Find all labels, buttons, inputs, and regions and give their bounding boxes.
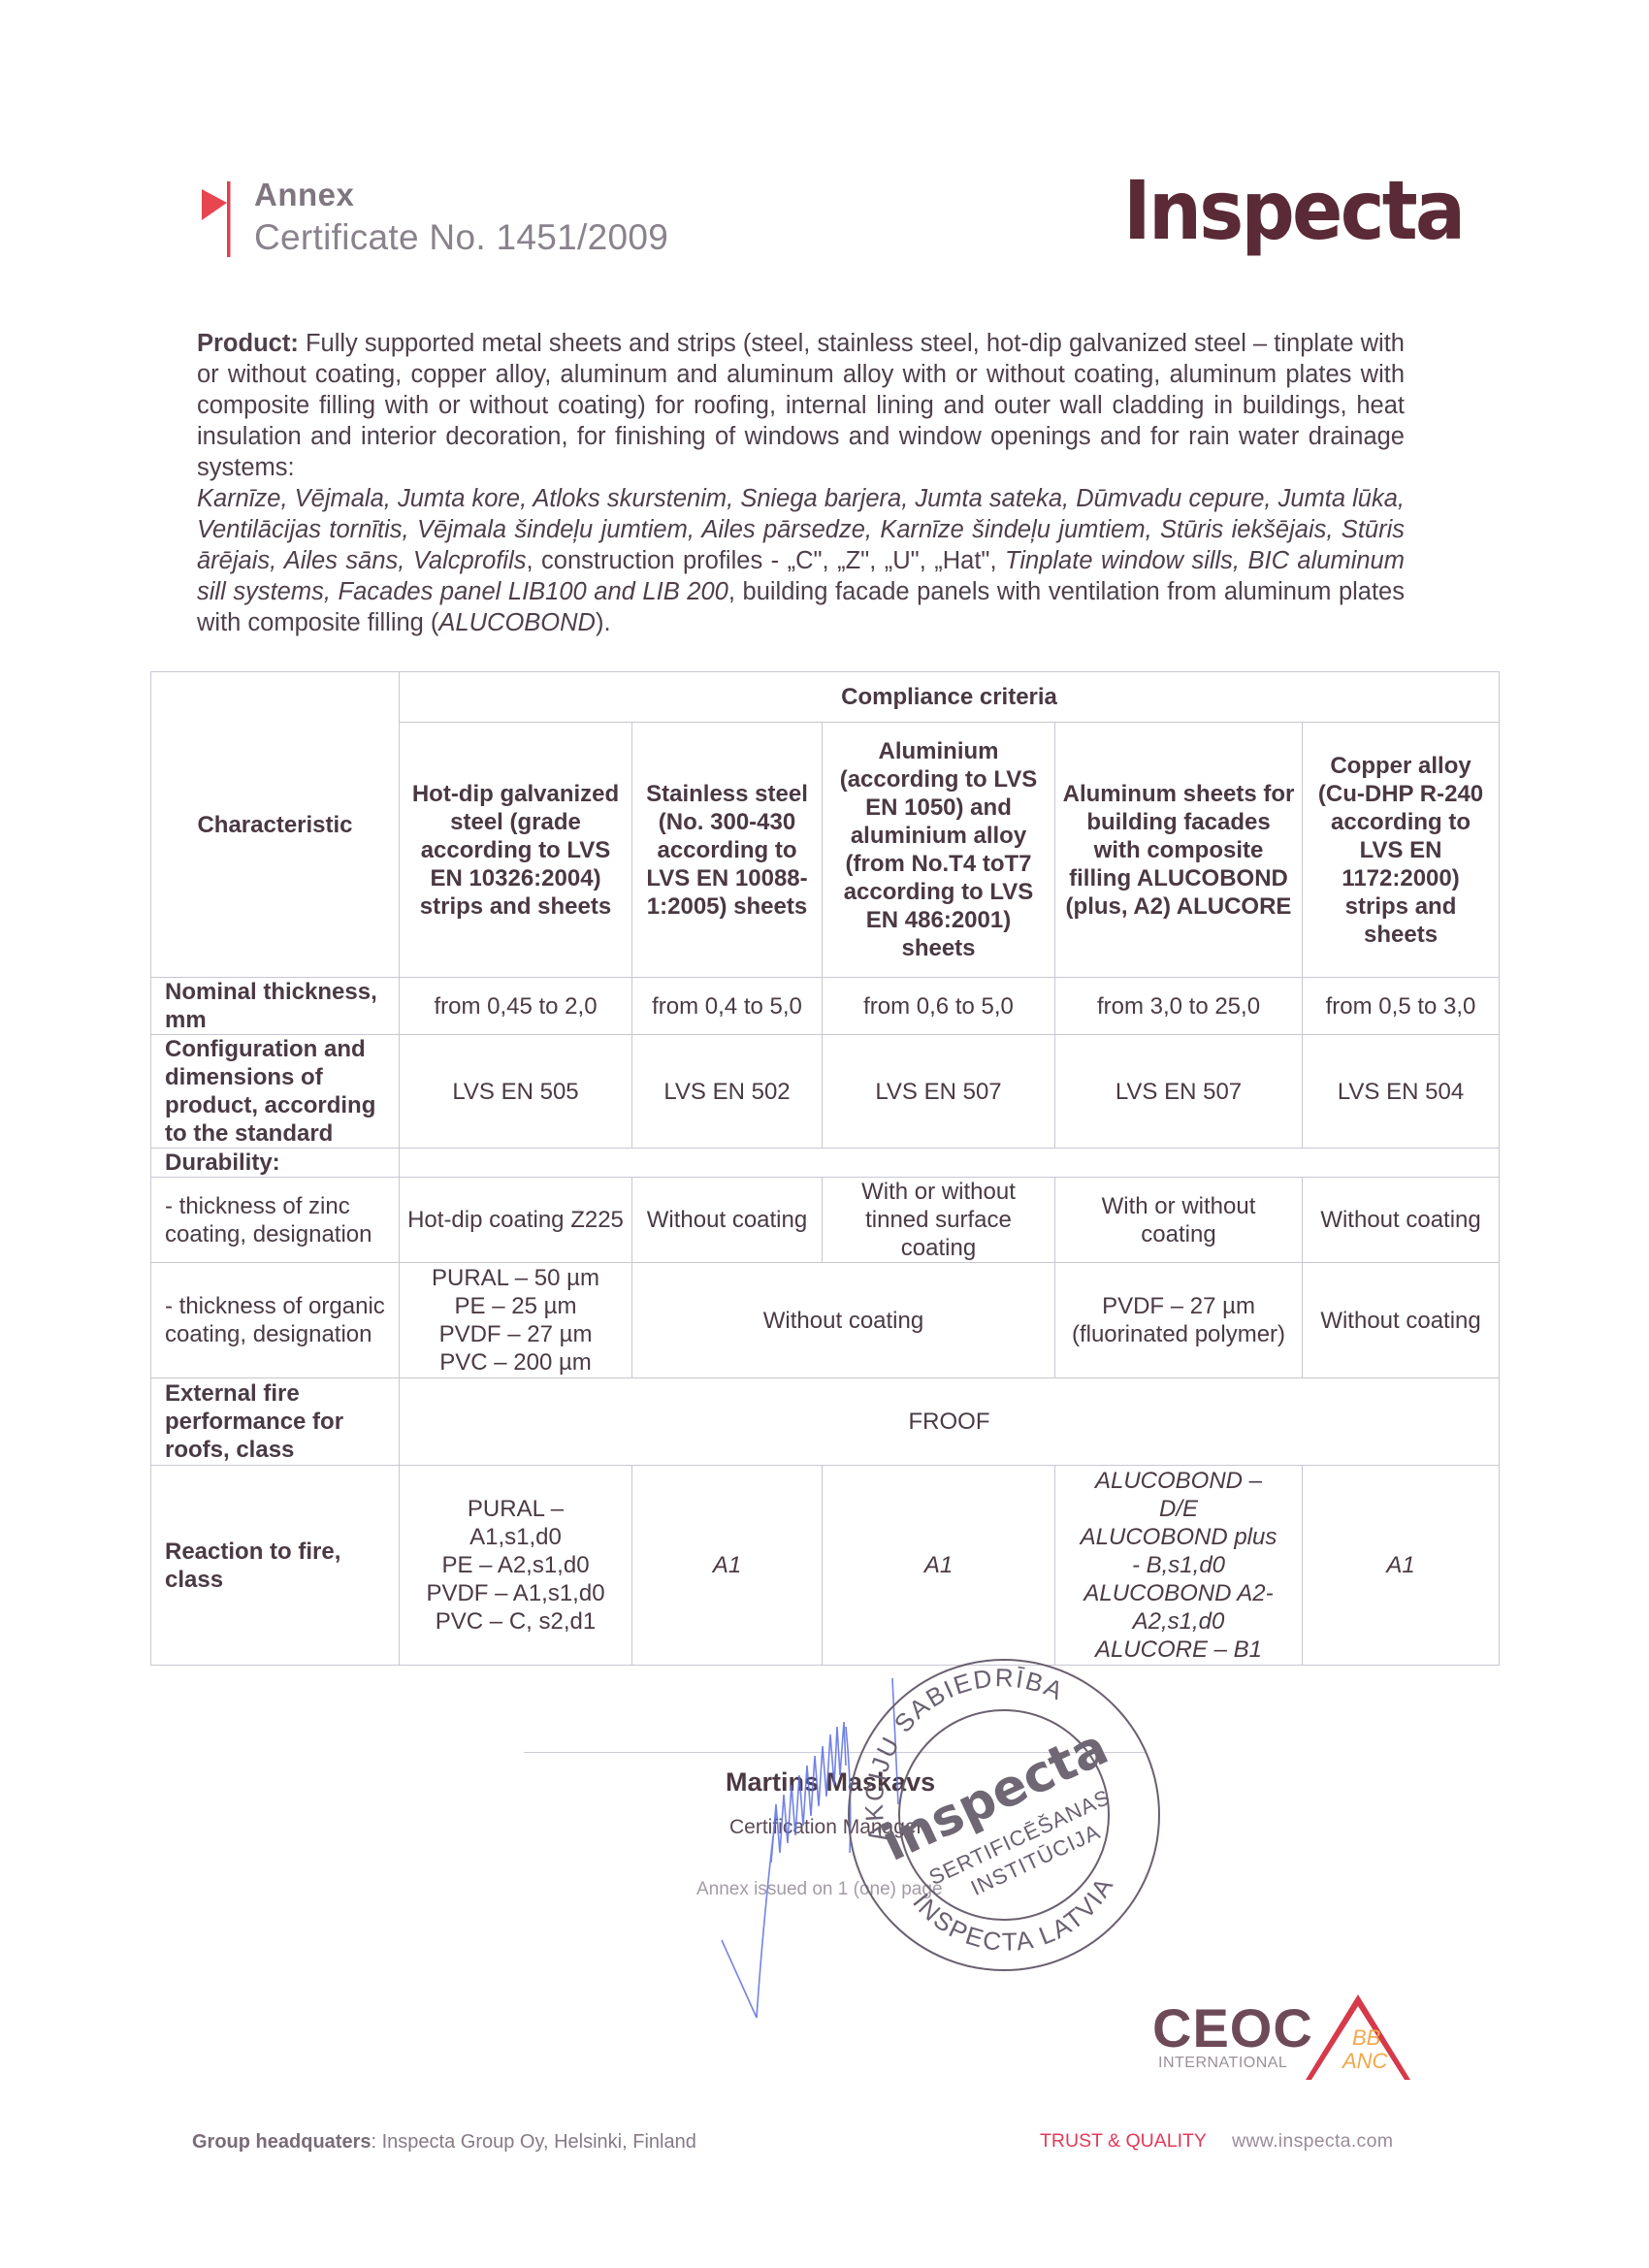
product-item-alucobond: ALUCOBOND (438, 609, 596, 636)
table-cell: LVS EN 505 (400, 1035, 632, 1149)
footer-headquarters: Group headquaters: Inspecta Group Oy, He… (192, 2131, 696, 2154)
coating-line: PVC – 200 µm (405, 1348, 626, 1377)
column-header-aluminium: Aluminium (according to LVS EN 1050) and… (823, 723, 1055, 978)
table-cell: FROOF (400, 1378, 1500, 1466)
row-label-configuration: Configuration and dimensions of product,… (151, 1035, 400, 1149)
table-cell: With or without coating (1055, 1178, 1303, 1263)
fire-class-line: D/E (1061, 1495, 1296, 1523)
table-cell: from 0,45 to 2,0 (400, 978, 632, 1035)
column-header-alucobond: Aluminum sheets for building facades wit… (1055, 723, 1303, 978)
product-description: Product: Fully supported metal sheets an… (197, 328, 1405, 638)
table-cell: Without coating (632, 1178, 823, 1263)
table-cell: PVDF – 27 µm (fluorinated polymer) (1055, 1263, 1303, 1378)
coating-line: PURAL – 50 µm (405, 1264, 626, 1292)
fire-class-line: - B,s1,d0 (1061, 1551, 1296, 1579)
characteristic-header: Characteristic (151, 672, 400, 978)
annex-title: Annex (254, 177, 354, 213)
column-header-stainless: Stainless steel (No. 300-430 according t… (632, 723, 823, 978)
table-cell: ALUCOBOND – D/E ALUCOBOND plus - B,s1,d0… (1055, 1466, 1303, 1666)
table-cell: from 0,6 to 5,0 (823, 978, 1055, 1035)
table-row: Configuration and dimensions of product,… (151, 1035, 1500, 1149)
table-cell-empty (400, 1149, 1500, 1178)
row-label-external-fire: External fire performance for roofs, cla… (151, 1378, 400, 1466)
table-cell: from 3,0 to 25,0 (1055, 978, 1303, 1035)
fire-class-line: A1,s1,d0 (405, 1523, 626, 1551)
fire-class-line: A2,s1,d0 (1061, 1607, 1296, 1636)
fire-class-line: ALUCOBOND A2- (1061, 1579, 1296, 1607)
table-cell: LVS EN 507 (1055, 1035, 1303, 1149)
coating-line: PVDF – 27 µm (405, 1320, 626, 1348)
product-items-profiles: , construction profiles - „C", „Z", „U",… (527, 547, 997, 574)
annex-flag-icon (202, 181, 241, 257)
compliance-criteria-header: Compliance criteria (400, 672, 1500, 723)
inspecta-certification-stamp-icon: AKCIJU SABIEDRĪBA INSPECTA LATVIA inspec… (844, 1655, 1164, 1975)
table-header-row: Characteristic Compliance criteria (151, 672, 1500, 723)
table-cell: Hot-dip coating Z225 (400, 1178, 632, 1263)
column-header-hot-dip: Hot-dip galvanized steel (grade accordin… (400, 723, 632, 978)
fire-class-line: PURAL – (405, 1495, 626, 1523)
table-cell: PURAL – 50 µm PE – 25 µm PVDF – 27 µm PV… (400, 1263, 632, 1378)
table-cell: LVS EN 504 (1303, 1035, 1500, 1149)
table-row: Durability: (151, 1149, 1500, 1178)
bb-anc-line2: ANC (1341, 2049, 1388, 2073)
table-cell: Without coating (632, 1263, 1055, 1378)
table-row: - thickness of zinc coating, designation… (151, 1178, 1500, 1263)
table-cell: A1 (1303, 1466, 1500, 1666)
fire-class-line: PVC – C, s2,d1 (405, 1607, 626, 1636)
table-row: Nominal thickness, mm from 0,45 to 2,0 f… (151, 978, 1500, 1035)
product-label: Product: (197, 330, 299, 357)
table-cell: Without coating (1303, 1178, 1500, 1263)
column-header-copper: Copper alloy (Cu-DHP R-240 according to … (1303, 723, 1500, 978)
product-text: Fully supported metal sheets and strips … (197, 330, 1405, 481)
bb-anc-logo-icon: BB ANC (1300, 1991, 1416, 2088)
fire-class-line: PVDF – A1,s1,d0 (405, 1579, 626, 1607)
row-label-nominal-thickness: Nominal thickness, mm (151, 978, 400, 1035)
table-row: External fire performance for roofs, cla… (151, 1378, 1500, 1466)
certificate-number: Certificate No. 1451/2009 (254, 217, 668, 258)
fire-class-line: ALUCOBOND – (1061, 1467, 1296, 1495)
fire-class-line: PE – A2,s1,d0 (405, 1551, 626, 1579)
footer-hq-label: Group headquaters (192, 2131, 371, 2153)
table-cell: With or without tinned surface coating (823, 1178, 1055, 1263)
fire-class-line: ALUCOBOND plus (1061, 1523, 1296, 1551)
footer-tagline: TRUST & QUALITY (1040, 2130, 1207, 2153)
table-cell: LVS EN 502 (632, 1035, 823, 1149)
footer-hq-value: : Inspecta Group Oy, Helsinki, Finland (371, 2131, 695, 2153)
row-label-reaction-to-fire: Reaction to fire, class (151, 1466, 400, 1666)
coating-line: PE – 25 µm (405, 1292, 626, 1320)
row-label-durability: Durability: (151, 1149, 400, 1178)
table-cell: Without coating (1303, 1263, 1500, 1378)
footer-website-link[interactable]: www.inspecta.com (1232, 2130, 1393, 2153)
row-label-zinc-coating: - thickness of zinc coating, designation (151, 1178, 400, 1263)
inspecta-logo: Inspecta (1123, 163, 1463, 258)
table-cell: from 0,4 to 5,0 (632, 978, 823, 1035)
ceoc-logo: CEOC (1152, 1996, 1313, 2059)
table-cell: PURAL – A1,s1,d0 PE – A2,s1,d0 PVDF – A1… (400, 1466, 632, 1666)
compliance-table: Characteristic Compliance criteria Hot-d… (150, 671, 1500, 1666)
row-label-organic-coating: - thickness of organic coating, designat… (151, 1263, 400, 1378)
table-row: - thickness of organic coating, designat… (151, 1263, 1500, 1378)
product-items-end: ). (596, 609, 611, 636)
ceoc-logo-subtitle: INTERNATIONAL (1158, 2055, 1287, 2072)
table-cell: LVS EN 507 (823, 1035, 1055, 1149)
bb-anc-line1: BB (1352, 2025, 1380, 2050)
table-cell: from 0,5 to 3,0 (1303, 978, 1500, 1035)
